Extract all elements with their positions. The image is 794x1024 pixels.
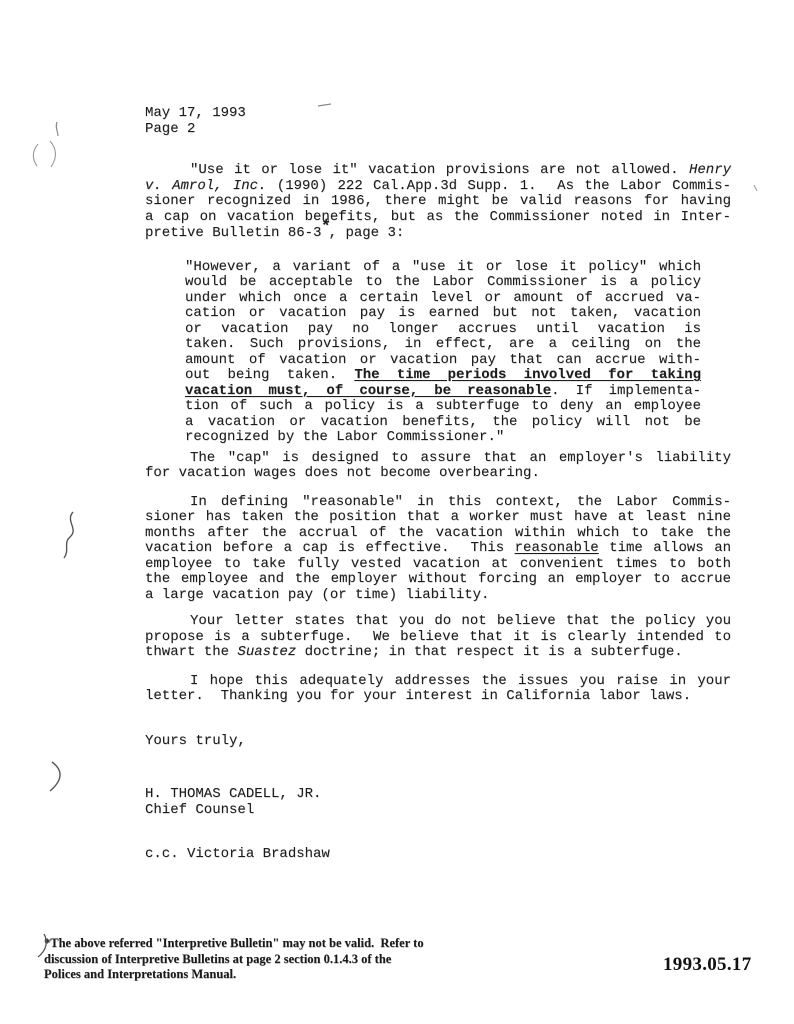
paragraph-intro: "Use it or lose it" vacation provisions …	[145, 163, 731, 242]
cc-line: c.c. Victoria Bradshaw	[145, 847, 731, 863]
text-line: *The above referred "Interpretive Bullet…	[44, 936, 504, 952]
signature-name: H. THOMAS CADELL, JR.	[145, 787, 731, 803]
text-line: Your letter states that you do not belie…	[145, 614, 731, 630]
text-line: The "cap" is designed to assure that an …	[145, 451, 731, 467]
text-line: a vacation or vacation benefits, the pol…	[185, 415, 701, 431]
text-line: a cap on vacation benefits, but as the C…	[145, 210, 731, 226]
signature-block: H. THOMAS CADELL, JR. Chief Counsel	[145, 787, 731, 818]
paragraph-your-letter: Your letter states that you do not belie…	[145, 614, 731, 661]
text-line: vacation before a cap is effective. This…	[145, 541, 731, 557]
text-line: would be acceptable to the Labor Commiss…	[185, 275, 701, 291]
text-line: propose is a subterfuge. We believe that…	[145, 630, 731, 646]
blockquote-bulletin-excerpt: "However, a variant of a "use it or lose…	[185, 260, 701, 446]
header-page-number: Page 2	[145, 122, 731, 138]
ink-mark	[754, 185, 757, 191]
text-line: amount of vacation or vacation pay that …	[185, 353, 701, 369]
text-line: a large vacation pay (or time) liability…	[145, 588, 731, 604]
text-line: tion of such a policy is a subterfuge to…	[185, 399, 701, 415]
text-line: recognized by the Labor Commissioner."	[185, 430, 701, 446]
text-line: pretive Bulletin 86-3*, page 3:	[145, 225, 731, 242]
text-line: v. Amrol, Inc. (1990) 222 Cal.App.3d Sup…	[145, 179, 731, 195]
text-line: discussion of Interpretive Bulletins at …	[44, 952, 504, 968]
ink-mark	[33, 144, 38, 166]
date-stamp: 1993.05.17	[663, 954, 752, 976]
text-line: Polices and Interpretations Manual.	[44, 967, 504, 983]
closing-salutation: Yours truly,	[145, 734, 731, 750]
letter-body: May 17, 1993 Page 2 "Use it or lose it" …	[145, 106, 731, 863]
footnote: *The above referred "Interpretive Bullet…	[44, 936, 504, 983]
text-line: months after the accrual of the vacation…	[145, 526, 731, 542]
text-line: vacation must, of course, be reasonable.…	[185, 384, 701, 400]
ink-mark	[50, 141, 55, 167]
text-line: In defining "reasonable" in this context…	[145, 495, 731, 511]
header-date: May 17, 1993	[145, 106, 731, 122]
paragraph-cap: The "cap" is designed to assure that an …	[145, 451, 731, 482]
text-line: the employee and the employer without fo…	[145, 572, 731, 588]
text-line: letter. Thanking you for your interest i…	[145, 689, 731, 705]
letter-header: May 17, 1993 Page 2	[145, 106, 731, 137]
ink-mark	[50, 762, 60, 791]
text-line: for vacation wages does not become overb…	[145, 466, 731, 482]
text-line: taken. Such provisions, in effect, are a…	[185, 337, 701, 353]
text-line: employee to take fully vested vacation a…	[145, 557, 731, 573]
text-line: or vacation pay no longer accrues until …	[185, 322, 701, 338]
text-line: sioner has taken the position that a wor…	[145, 510, 731, 526]
text-line: under which once a certain level or amou…	[185, 291, 701, 307]
ink-mark	[64, 512, 73, 558]
text-line: I hope this adequately addresses the iss…	[145, 674, 731, 690]
signature-title: Chief Counsel	[145, 803, 731, 819]
text-line: "Use it or lose it" vacation provisions …	[145, 163, 731, 179]
text-line: thwart the Suastez doctrine; in that res…	[145, 645, 731, 661]
text-line: cation or vacation pay is earned but not…	[185, 306, 701, 322]
paragraph-i-hope: I hope this adequately addresses the iss…	[145, 674, 731, 705]
text-line: "However, a variant of a "use it or lose…	[185, 260, 701, 276]
ink-mark	[56, 122, 58, 136]
paragraph-defining-reasonable: In defining "reasonable" in this context…	[145, 495, 731, 604]
scanned-letter-page: May 17, 1993 Page 2 "Use it or lose it" …	[0, 0, 794, 1024]
text-line: sioner recognized in 1986, there might b…	[145, 194, 731, 210]
text-line: out being taken. The time periods involv…	[185, 368, 701, 384]
